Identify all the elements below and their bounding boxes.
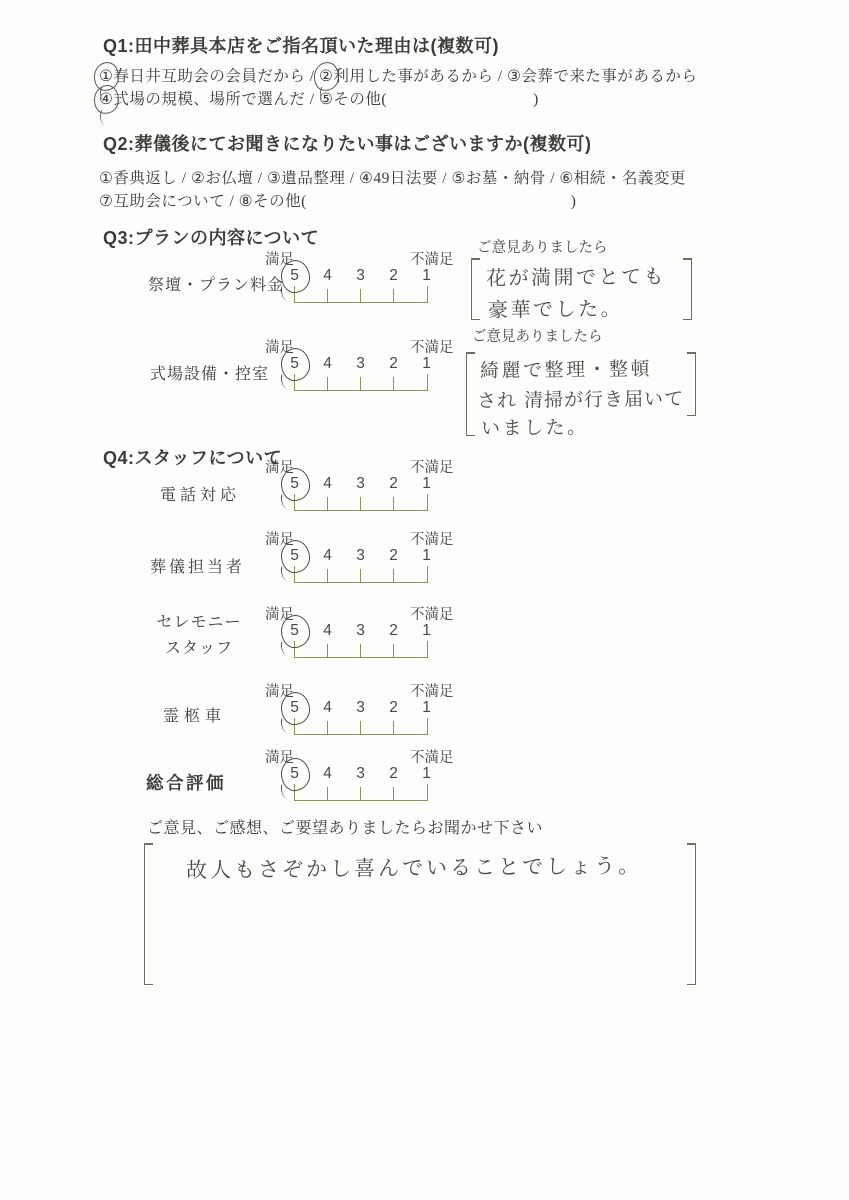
scale-number: 2: [377, 765, 410, 783]
option-number-mark: ⑤: [319, 90, 333, 109]
q2-option-5: ⑤お墓・納骨: [451, 170, 545, 187]
scale-number: 3: [344, 547, 377, 565]
scale-number: 2: [377, 547, 410, 565]
unsatisfied-label: 不満足: [410, 680, 454, 701]
handwritten-comment-line: 綺麗で整理・整頓: [480, 354, 652, 383]
q1-option-4: ④式場の規模、場所で選んだ: [99, 91, 305, 108]
rating-ruler: [294, 641, 428, 658]
q1-option-1: ①春日井互助会の会員だから: [99, 68, 305, 85]
option-number-mark: ①: [99, 67, 113, 86]
rating-scale: 満足 不満足 54321: [258, 336, 470, 396]
scale-number: 1: [410, 699, 443, 717]
option-number-mark: ④: [99, 90, 113, 109]
q2-option-2: ②お仏壇: [191, 170, 253, 187]
option-label: 式場の規模、場所で選んだ: [113, 91, 305, 108]
option-label: 会葬で来た事があるから: [521, 68, 697, 85]
option-separator: /: [345, 170, 359, 187]
rating-row-label: セレモニー スタッフ: [151, 610, 247, 662]
option-label-close: ): [533, 91, 539, 108]
scale-number: 3: [344, 267, 377, 285]
q1-heading: Q1:田中葬具本店をご指名頂いた理由は(複数可): [103, 32, 499, 58]
option-label: お墓・納骨: [466, 170, 546, 187]
comment-bracket-right: [686, 352, 696, 416]
comment-header: ご意見ありましたら: [472, 325, 603, 346]
scale-number: 4: [311, 475, 344, 493]
option-label: 49日法要: [373, 170, 438, 187]
rating-row-label: 式場設備・控室: [150, 361, 269, 384]
option-label-close: ): [571, 193, 577, 210]
rating-row-label: 霊柩車: [163, 703, 226, 726]
option-number-mark: ③: [267, 169, 281, 188]
rating-scale: 満足 不満足 54321: [258, 680, 470, 740]
option-separator: /: [493, 68, 507, 85]
rating-ruler: [294, 494, 428, 511]
rating-row-label-line2: スタッフ: [151, 636, 247, 662]
option-number-mark: ⑦: [99, 192, 113, 211]
scale-number: 4: [311, 622, 344, 640]
free-comment-bracket-right: [686, 843, 696, 985]
option-separator: /: [305, 91, 319, 108]
q1-option-3: ③会葬で来た事があるから: [507, 68, 697, 85]
rating-row-label: 電話対応: [160, 482, 240, 505]
option-number-mark: ④: [359, 169, 373, 188]
q2-option-4: ④49日法要: [359, 170, 438, 187]
comment-bracket-left: [471, 258, 481, 320]
rating-row-label-line1: セレモニー: [151, 610, 247, 636]
q2-options-line1: ①香典返し / ②お仏壇 / ③遺品整理 / ④49日法要 / ⑤お墓・納骨 /…: [99, 166, 686, 188]
rating-scale: 満足 不満足 54321: [258, 456, 470, 516]
rating-ruler: [294, 566, 428, 583]
option-number-mark: ⑤: [451, 169, 465, 188]
q4-heading: Q4:スタッフについて: [103, 444, 282, 470]
q2-option-7: ⑦互助会について: [99, 193, 225, 210]
questionnaire-page: Q1:田中葬具本店をご指名頂いた理由は(複数可) ①春日井互助会の会員だから /…: [0, 0, 849, 1200]
option-label: その他(: [253, 193, 307, 210]
rating-ruler: [294, 784, 428, 801]
option-separator: /: [438, 170, 452, 187]
rating-ruler: [294, 286, 428, 303]
scale-number: 1: [410, 547, 443, 565]
scale-number: 2: [377, 355, 410, 373]
option-number-mark: ②: [191, 169, 205, 188]
handwritten-free-comment: 故人もさぞかし喜んでいることでしょう。: [186, 850, 642, 885]
rating-row-label: 葬儀担当者: [150, 554, 245, 577]
option-label: お仏壇: [205, 170, 253, 187]
free-comment-bracket-left: [144, 843, 154, 985]
option-label: 香典返し: [113, 170, 177, 187]
rating-ruler: [294, 718, 428, 735]
scale-number: 1: [410, 267, 443, 285]
option-separator: /: [546, 170, 560, 187]
comment-bracket-right: [682, 258, 692, 320]
scale-number: 3: [344, 475, 377, 493]
q1-option-5: ⑤その他(): [319, 91, 539, 108]
comment-header: ご意見ありましたら: [477, 236, 608, 257]
rating-scale: 満足 不満足 54321: [258, 528, 470, 588]
rating-row-label: 総合評価: [146, 770, 226, 795]
handwritten-comment-line: いました。: [481, 412, 589, 440]
comment-bracket-left: [466, 352, 476, 436]
unsatisfied-label: 不満足: [410, 603, 454, 624]
q1-options-line1: ①春日井互助会の会員だから / ②利用した事があるから / ③会葬で来た事がある…: [99, 64, 697, 86]
scale-number: 3: [344, 622, 377, 640]
rating-scale: 満足 不満足 54321: [258, 248, 470, 308]
scale-number: 3: [344, 699, 377, 717]
q3-heading: Q3:プランの内容について: [103, 224, 319, 250]
q2-option-8: ⑧その他(): [239, 193, 577, 210]
option-separator: /: [253, 170, 267, 187]
scale-number: 1: [410, 355, 443, 373]
q2-option-1: ①香典返し: [99, 170, 177, 187]
scale-number: 4: [311, 699, 344, 717]
option-label: 利用した事があるから: [333, 68, 493, 85]
q2-option-6: ⑥相続・名義変更: [559, 170, 685, 187]
q2-heading: Q2:葬儀後にてお聞きになりたい事はございますか(複数可): [103, 130, 592, 156]
option-label: その他(: [333, 91, 387, 108]
unsatisfied-label: 不満足: [410, 456, 454, 477]
option-label: 春日井互助会の会員だから: [113, 68, 305, 85]
scale-number: 2: [377, 699, 410, 717]
option-label: 相続・名義変更: [574, 170, 686, 187]
unsatisfied-label: 不満足: [410, 528, 454, 549]
option-label: 互助会について: [113, 193, 225, 210]
scale-number: 2: [377, 475, 410, 493]
scale-number: 3: [344, 765, 377, 783]
rating-ruler: [294, 374, 428, 391]
unsatisfied-label: 不満足: [410, 336, 454, 357]
handwritten-comment-line: され 清掃が行き届いて: [477, 384, 684, 413]
handwritten-comment-line: 花が満開でとても: [486, 260, 666, 291]
q2-option-3: ③遺品整理: [267, 170, 345, 187]
rating-scale: 満足 不満足 54321: [258, 603, 470, 663]
option-number-mark: ②: [319, 67, 333, 86]
scale-number: 2: [377, 267, 410, 285]
option-number-mark: ⑧: [239, 192, 253, 211]
q1-options-line2: ④式場の規模、場所で選んだ / ⑤その他(): [99, 87, 539, 109]
unsatisfied-label: 不満足: [410, 248, 454, 269]
handwritten-comment-line: 豪華でした。: [488, 292, 623, 322]
q2-options-line2: ⑦互助会について / ⑧その他(): [99, 189, 576, 211]
option-separator: /: [225, 193, 239, 210]
scale-number: 4: [311, 547, 344, 565]
scale-number: 1: [410, 475, 443, 493]
option-number-mark: ⑥: [559, 169, 573, 188]
scale-number: 4: [311, 765, 344, 783]
option-number-mark: ①: [99, 169, 113, 188]
option-separator: /: [177, 170, 191, 187]
scale-number: 3: [344, 355, 377, 373]
scale-number: 2: [377, 622, 410, 640]
option-number-mark: ③: [507, 67, 521, 86]
q1-option-2: ②利用した事があるから: [319, 68, 493, 85]
scale-number: 1: [410, 765, 443, 783]
scale-number: 4: [311, 355, 344, 373]
scale-number: 1: [410, 622, 443, 640]
scale-number: 4: [311, 267, 344, 285]
free-comment-prompt: ご意見、ご感想、ご要望ありましたらお聞かせ下さい: [147, 815, 543, 838]
unsatisfied-label: 不満足: [410, 746, 454, 767]
rating-scale: 満足 不満足 54321: [258, 746, 470, 806]
option-label: 遺品整理: [281, 170, 345, 187]
